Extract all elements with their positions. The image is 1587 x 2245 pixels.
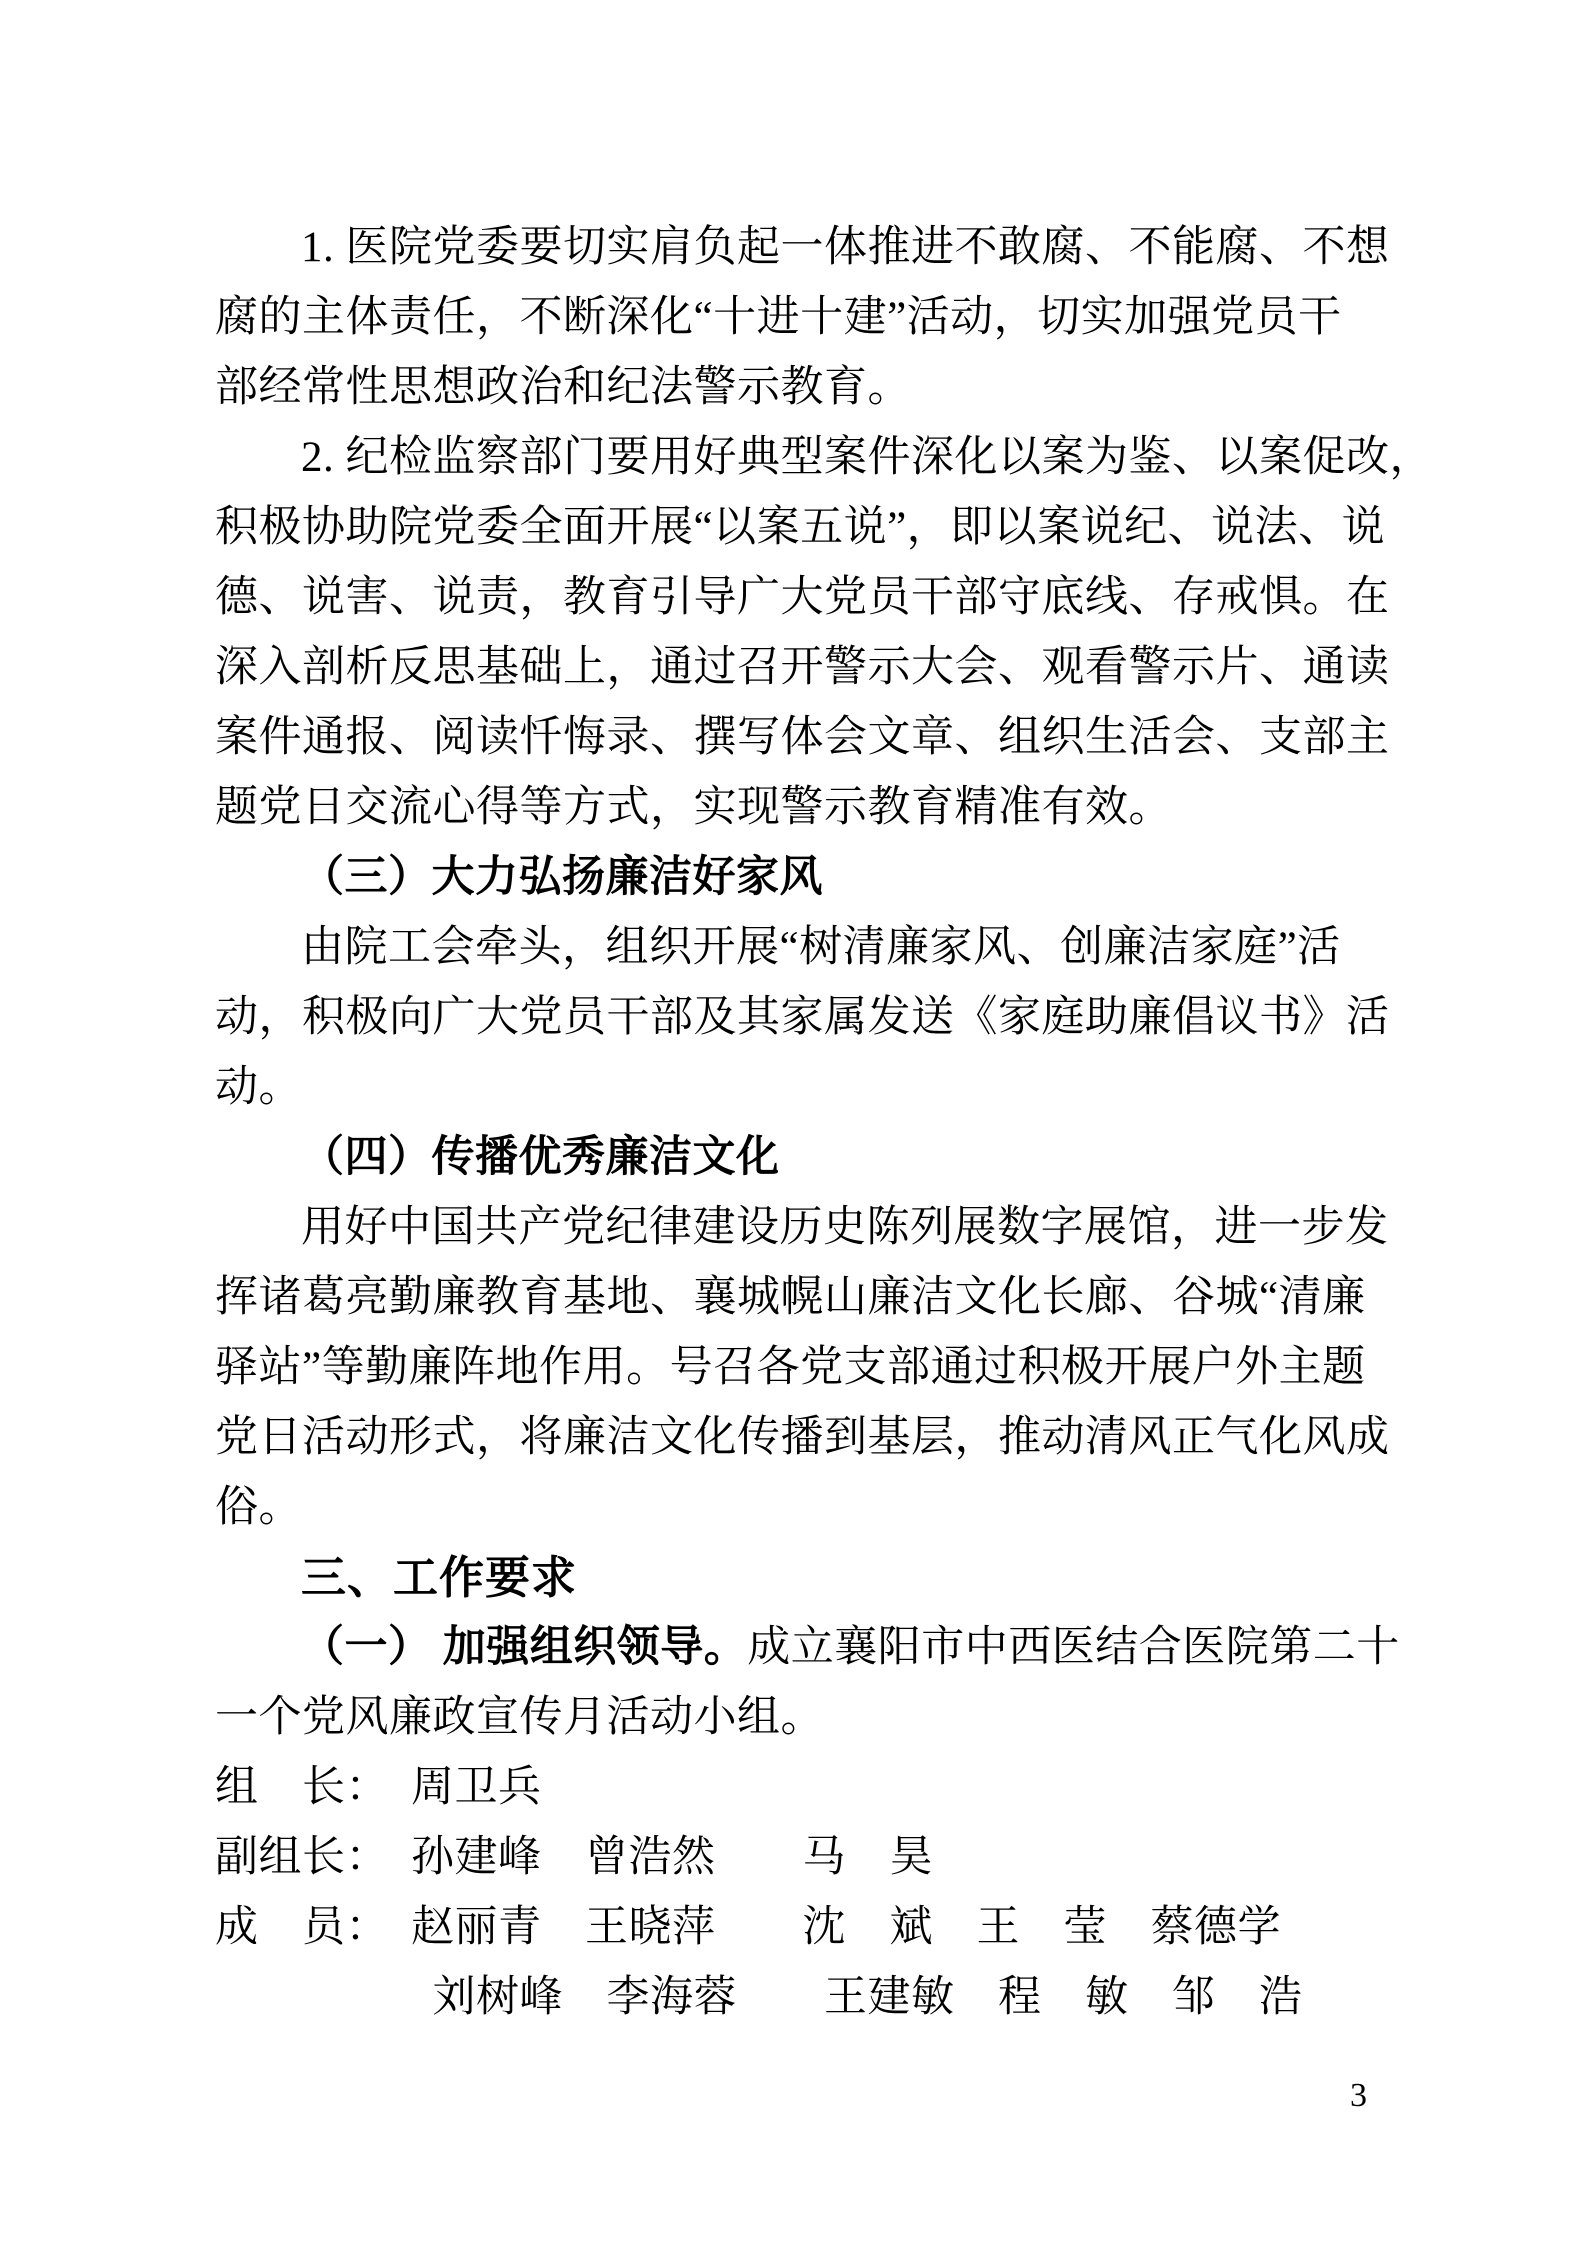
text-line: 2. 纪检监察部门要用好典型案件深化以案为鉴、以案促改， <box>215 423 1390 493</box>
text-line: 积极协助院党委全面开展“以案五说”，即以案说纪、说法、说 <box>215 493 1390 563</box>
text-line: 动，积极向广大党员干部及其家属发送《家庭助廉倡议书》活 <box>215 983 1390 1053</box>
text-line: 深入剖析反思基础上，通过召开警示大会、观看警示片、通读 <box>215 633 1390 703</box>
text-line: 刘树峰 李海蓉 王建敏 程 敏 邹 浩 <box>215 1963 1390 2033</box>
text-line: 成 员： 赵丽青 王晓萍 沈 斌 王 莹 蔡德学 <box>215 1893 1390 1963</box>
text-line: （三）大力弘扬廉洁好家风 <box>215 843 1390 913</box>
text-line: 组 长： 周卫兵 <box>215 1753 1390 1823</box>
document-text: 1. 医院党委要切实肩负起一体推进不敢腐、不能腐、不想腐的主体责任，不断深化“十… <box>215 213 1390 2033</box>
text-line: 驿站”等勤廉阵地作用。号召各党支部通过积极开展户外主题 <box>215 1333 1390 1403</box>
document-page: 1. 医院党委要切实肩负起一体推进不敢腐、不能腐、不想腐的主体责任，不断深化“十… <box>0 0 1587 2245</box>
text-line: 挥诸葛亮勤廉教育基地、襄城幌山廉洁文化长廊、谷城“清廉 <box>215 1263 1390 1333</box>
text-line: 德、说害、说责，教育引导广大党员干部守底线、存戒惧。在 <box>215 563 1390 633</box>
text-line: （四）传播优秀廉洁文化 <box>215 1123 1390 1193</box>
text-line: 由院工会牵头，组织开展“树清廉家风、创廉洁家庭”活 <box>215 913 1390 983</box>
text-segment: 成立襄阳市中西医结合医院第二十 <box>747 1624 1400 1671</box>
text-line: 俗。 <box>215 1473 1390 1543</box>
text-line: （一） 加强组织领导。成立襄阳市中西医结合医院第二十 <box>215 1613 1390 1683</box>
text-segment: （一） 加强组织领导。 <box>301 1624 747 1671</box>
text-line: 腐的主体责任，不断深化“十进十建”活动，切实加强党员干 <box>215 283 1390 353</box>
text-line: 题党日交流心得等方式，实现警示教育精准有效。 <box>215 773 1390 843</box>
text-line: 案件通报、阅读忏悔录、撰写体会文章、组织生活会、支部主 <box>215 703 1390 773</box>
text-line: 动。 <box>215 1053 1390 1123</box>
page-number: 3 <box>1350 2076 1367 2116</box>
text-line: 副组长： 孙建峰 曾浩然 马 昊 <box>215 1823 1390 1893</box>
text-line: 用好中国共产党纪律建设历史陈列展数字展馆，进一步发 <box>215 1193 1390 1263</box>
text-line: 一个党风廉政宣传月活动小组。 <box>215 1683 1390 1753</box>
text-line: 三、工作要求 <box>215 1543 1390 1613</box>
text-line: 部经常性思想政治和纪法警示教育。 <box>215 353 1390 423</box>
text-line: 1. 医院党委要切实肩负起一体推进不敢腐、不能腐、不想 <box>215 213 1390 283</box>
text-line: 党日活动形式，将廉洁文化传播到基层，推动清风正气化风成 <box>215 1403 1390 1473</box>
